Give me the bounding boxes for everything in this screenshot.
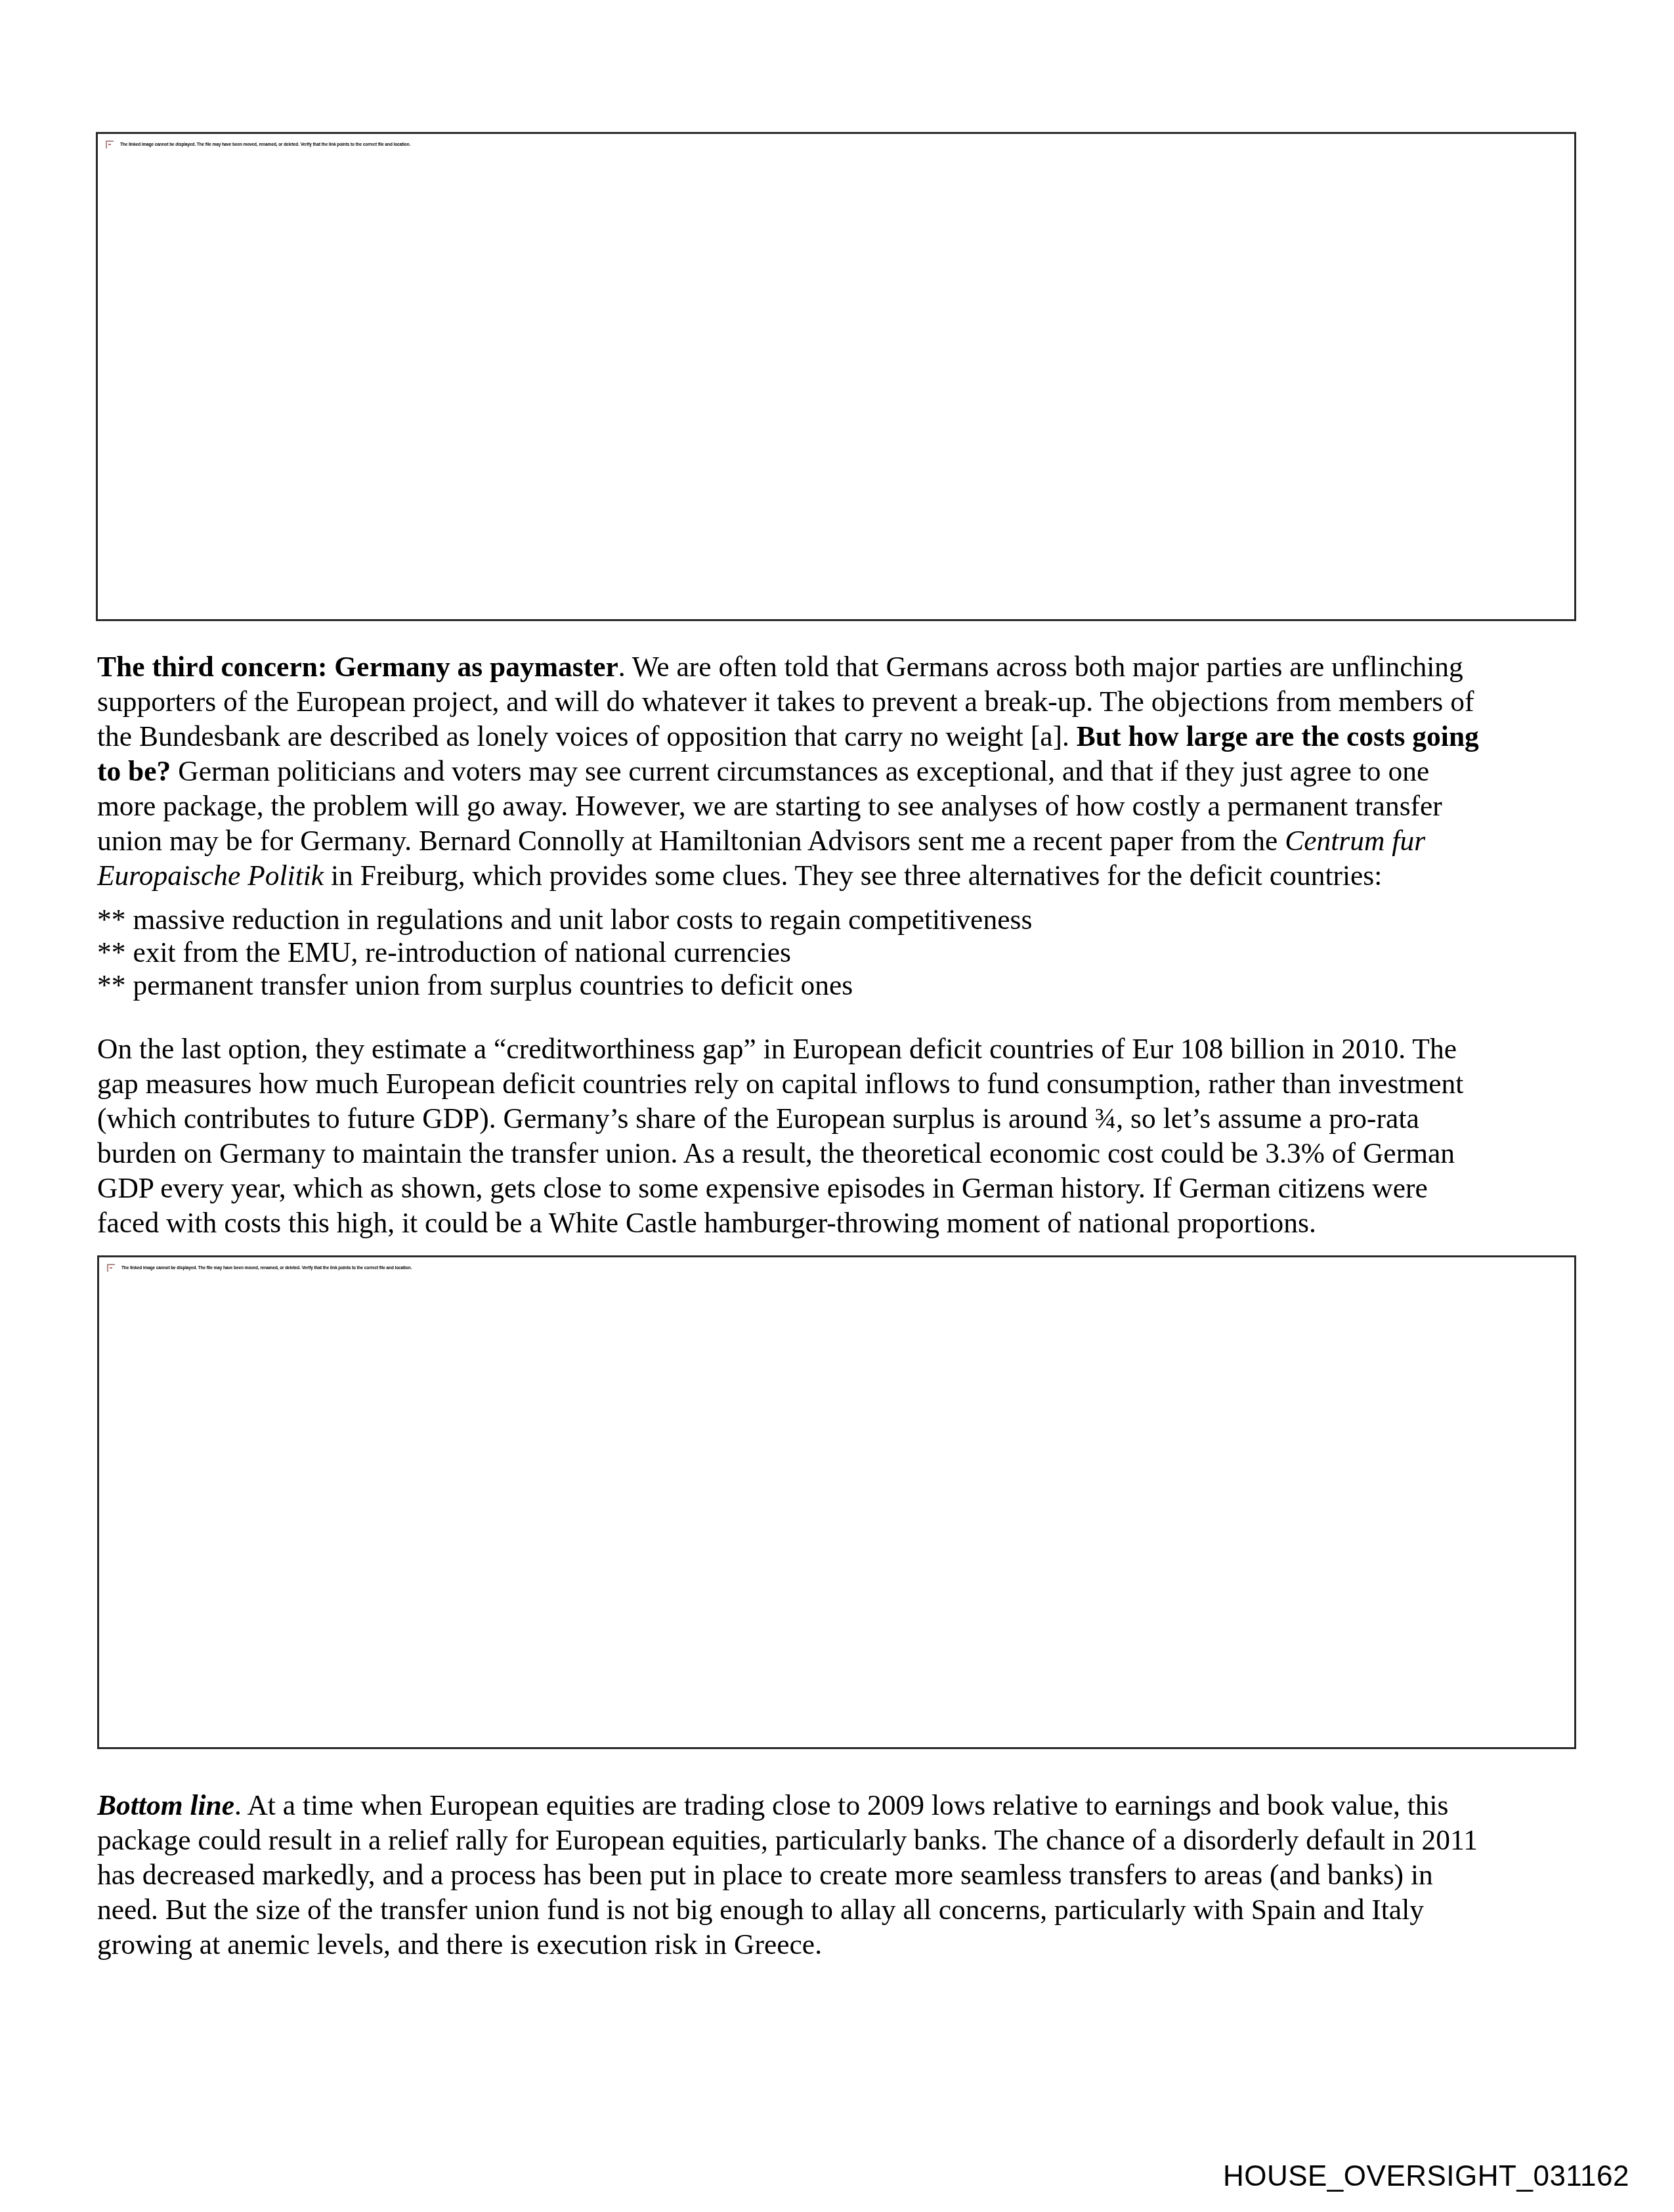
- text-line: On the last option, they estimate a “cre…: [97, 1032, 1581, 1067]
- list-item: ** exit from the EMU, re-introduction of…: [97, 936, 1581, 969]
- text-line: GDP every year, which as shown, gets clo…: [97, 1171, 1581, 1206]
- section-heading-bottom-line: Bottom line: [97, 1790, 234, 1821]
- alternatives-list: ** massive reduction in regulations and …: [97, 903, 1581, 1002]
- section-heading-third-concern: The third concern: Germany as paymaster: [97, 651, 618, 683]
- paragraph-last-option: On the last option, they estimate a “cre…: [97, 1032, 1581, 1241]
- text-line: The third concern: Germany as paymaster.…: [97, 650, 1581, 685]
- text-line: faced with costs this high, it could be …: [97, 1206, 1581, 1241]
- text-line: growing at anemic levels, and there is e…: [97, 1928, 1581, 1963]
- text-line: Europaische Politik in Freiburg, which p…: [97, 859, 1581, 894]
- figure-2-broken-image: The linked image cannot be displayed. Th…: [97, 1255, 1576, 1749]
- bates-number: HOUSE_OVERSIGHT_031162: [1223, 2160, 1629, 2193]
- figure-1-broken-image: The linked image cannot be displayed. Th…: [96, 132, 1576, 621]
- paragraph-third-concern: The third concern: Germany as paymaster.…: [97, 650, 1581, 894]
- text-line: need. But the size of the transfer union…: [97, 1893, 1581, 1928]
- text-line: burden on Germany to maintain the transf…: [97, 1137, 1581, 1171]
- list-item: ** massive reduction in regulations and …: [97, 903, 1581, 936]
- list-item: ** permanent transfer union from surplus…: [97, 969, 1581, 1002]
- text-line: (which contributes to future GDP). Germa…: [97, 1102, 1581, 1137]
- text-line: has decreased markedly, and a process ha…: [97, 1858, 1581, 1893]
- paragraph-bottom-line: Bottom line. At a time when European equ…: [97, 1789, 1581, 1963]
- text-line: to be? German politicians and voters may…: [97, 754, 1581, 789]
- institution-name-cont: Europaische Politik: [97, 860, 324, 892]
- text-line: package could result in a relief rally f…: [97, 1823, 1581, 1858]
- broken-image-message: The linked image cannot be displayed. Th…: [120, 142, 410, 147]
- emphasis-question-end: to be?: [97, 756, 171, 787]
- text-line: gap measures how much European deficit c…: [97, 1067, 1581, 1102]
- broken-image-notice: The linked image cannot be displayed. Th…: [107, 1264, 412, 1272]
- broken-image-message: The linked image cannot be displayed. Th…: [121, 1266, 412, 1270]
- text-line: union may be for Germany. Bernard Connol…: [97, 824, 1581, 859]
- text-line: supporters of the European project, and …: [97, 685, 1581, 720]
- institution-name: Centrum fur: [1285, 825, 1425, 857]
- broken-image-icon: [107, 1264, 115, 1272]
- emphasis-question: But how large are the costs going: [1077, 721, 1479, 752]
- text-line: Bottom line. At a time when European equ…: [97, 1789, 1581, 1823]
- text-line: more package, the problem will go away. …: [97, 789, 1581, 824]
- broken-image-notice: The linked image cannot be displayed. Th…: [106, 141, 410, 148]
- broken-image-icon: [106, 141, 114, 148]
- text-line: the Bundesbank are described as lonely v…: [97, 720, 1581, 754]
